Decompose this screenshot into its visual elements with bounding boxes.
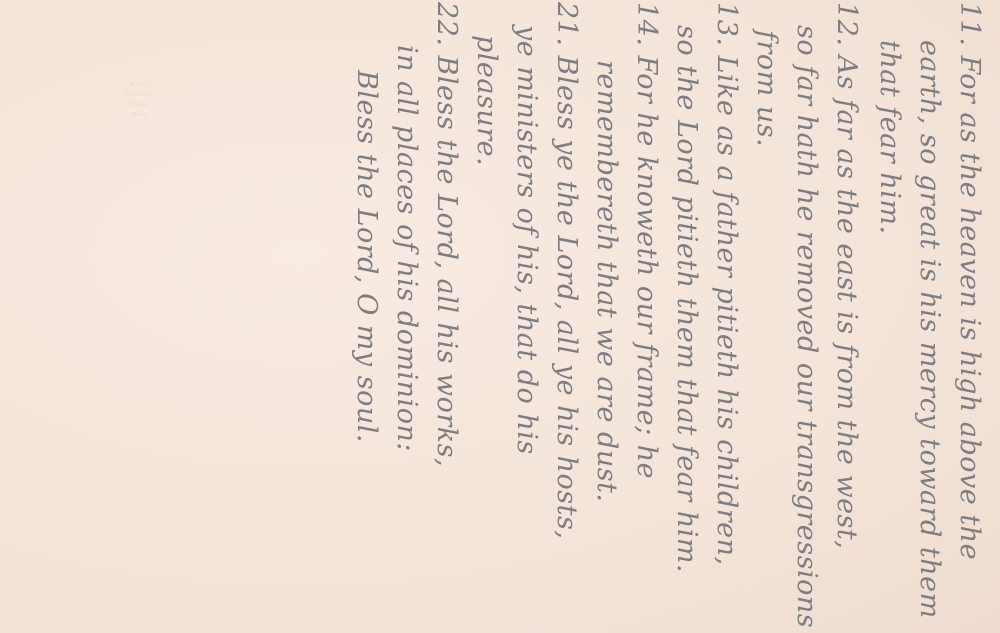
- handwritten-line-text: from us.: [751, 30, 782, 147]
- handwritten-line-text: remembereth that we are dust.: [591, 60, 622, 503]
- handwritten-line-text: so the Lord pitieth them that fear him.: [671, 25, 702, 573]
- handwritten-line-text: 13. Like as a father pitieth his childre…: [711, 2, 742, 566]
- handwritten-line-text: Bless the Lord, O my soul.: [351, 70, 382, 443]
- postcard-back: Place One Cent Stamp Here 11. For as the…: [0, 0, 1000, 633]
- handwritten-line-text: earth, so great is his mercy toward them: [914, 40, 945, 619]
- handwritten-line-text: pleasure.: [471, 35, 502, 166]
- handwritten-line-text: so far hath he removed our transgression…: [791, 25, 822, 628]
- handwritten-line-text: 21. Bless ye the Lord, all ye his hosts,: [551, 2, 582, 539]
- handwritten-line-text: 12. As far as the east is from the west,: [831, 2, 862, 549]
- stamp-box-line: One Cent: [110, 90, 170, 100]
- handwritten-line-text: ye ministers of his, that do his: [511, 25, 542, 455]
- handwritten-line-text: 14. For he knoweth our frame; he: [631, 2, 662, 479]
- stamp-box-line: Here: [110, 110, 170, 120]
- stamp-box-line: Stamp: [110, 100, 170, 110]
- handwritten-line-text: 11. For as the heaven is high above the: [954, 2, 985, 560]
- handwritten-line-text: that fear him.: [874, 40, 905, 235]
- stamp-box-line: Place: [110, 80, 170, 90]
- handwritten-line-text: in all places of his dominion:: [391, 45, 422, 452]
- stamp-box-print: Place One Cent Stamp Here: [110, 80, 170, 120]
- handwritten-line-text: 22. Bless the Lord, all his works,: [431, 2, 462, 467]
